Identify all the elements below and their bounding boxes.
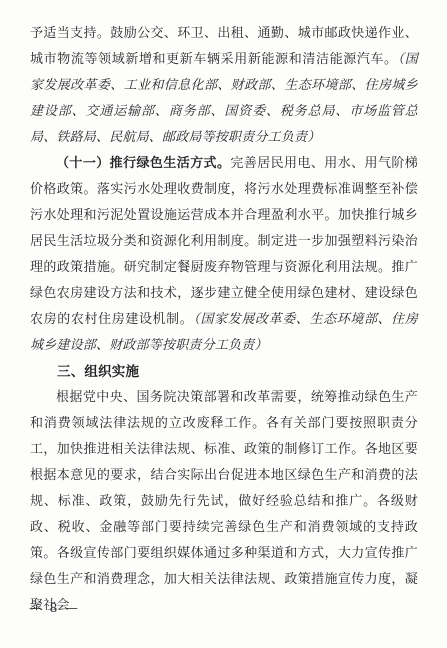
section-heading: 三、组织实施 [30, 359, 418, 385]
item-11-heading: （十一）推行绿色生活方式。 [56, 156, 230, 171]
paragraph-implementation-text: 根据党中央、国务院决策部署和改革需要，统筹推动绿色生产和消费领域法律法规的立改废… [30, 390, 418, 613]
document-page: 予适当支持。鼓励公交、环卫、出租、通勤、城市邮政快递作业、城市物流等领域新增和更… [0, 0, 447, 648]
paragraph-continuation: 予适当支持。鼓励公交、环卫、出租、通勤、城市邮政快递作业、城市物流等领域新增和更… [30, 21, 418, 151]
item-11-body-text: 完善居民用电、用水、用气阶梯价格政策。落实污水处理收费制度，将污水处理费标准调整… [30, 156, 418, 327]
paragraph-implementation: 根据党中央、国务院决策部署和改革需要，统筹推动绿色生产和消费领域法律法规的立改废… [30, 385, 418, 619]
paragraph-item-11: （十一）推行绿色生活方式。完善居民用电、用水、用气阶梯价格政策。落实污水处理收费… [30, 151, 418, 359]
page-number: — 8 — [29, 599, 80, 617]
paragraph-continuation-text: 予适当支持。鼓励公交、环卫、出租、通勤、城市邮政快递作业、城市物流等领域新增和更… [30, 26, 418, 67]
document-body: 予适当支持。鼓励公交、环卫、出租、通勤、城市邮政快递作业、城市物流等领域新增和更… [30, 21, 418, 619]
